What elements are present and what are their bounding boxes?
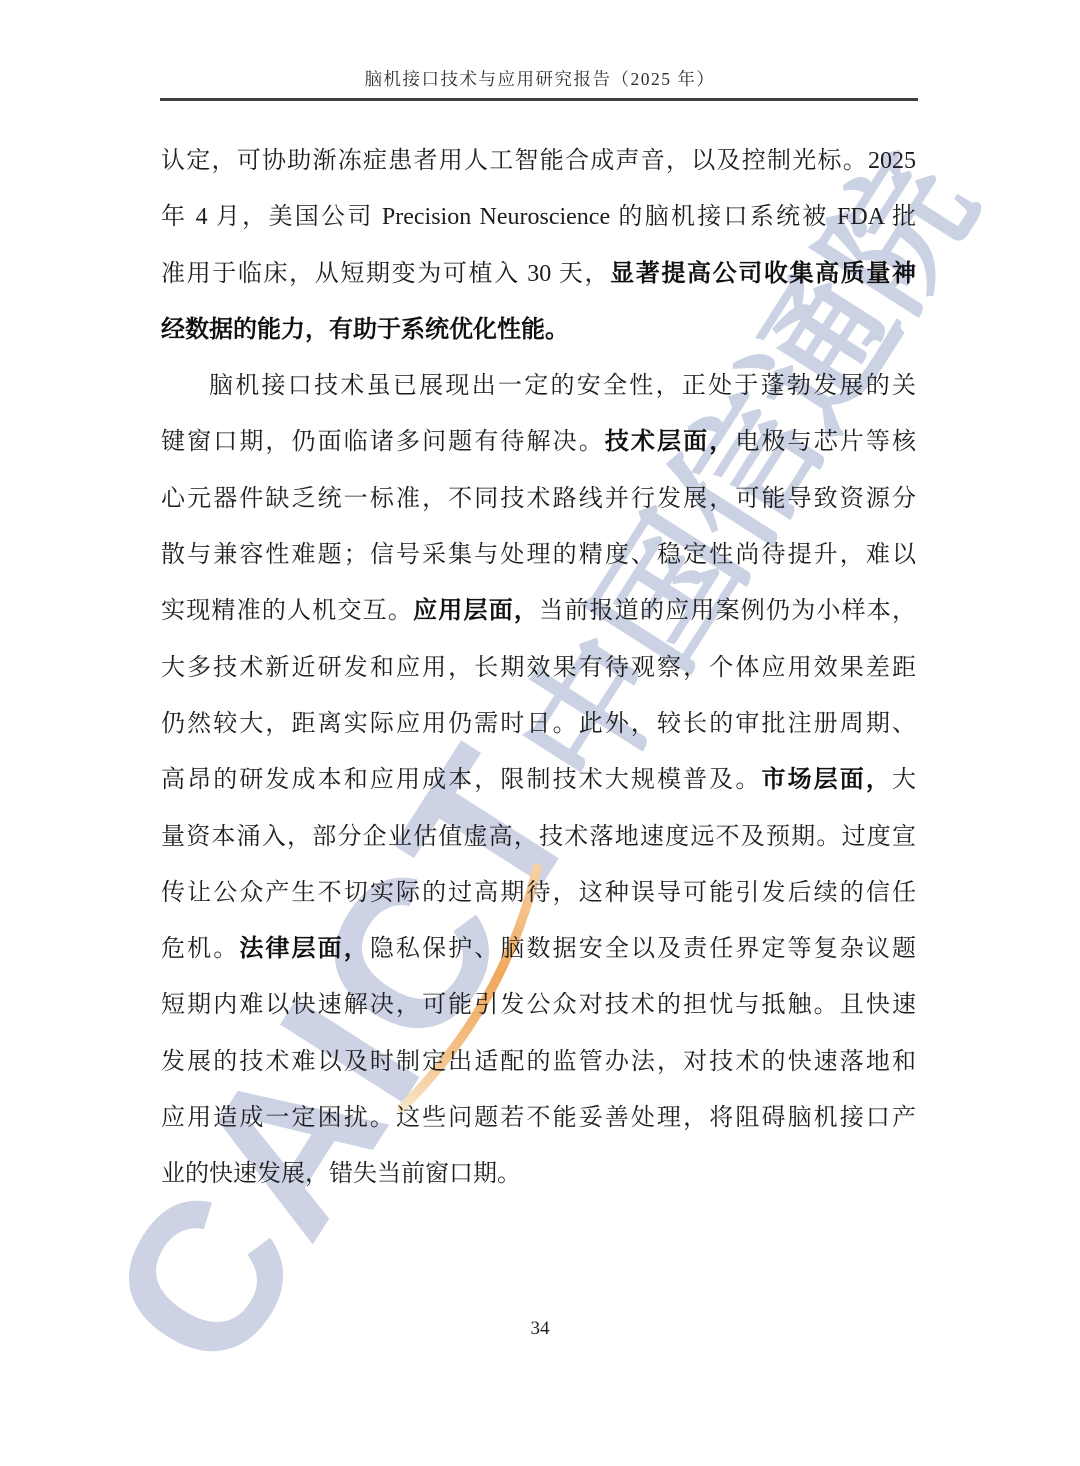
text-segment: 隐私保护、脑数据安全以及责任界定等复杂议题 — [370, 936, 916, 962]
text-segment: 脑机接口技术虽已展现出一定的安全性，正处于蓬勃发展的关 — [209, 373, 916, 399]
text-segment: 大多技术新近研发和应用，长期效果有待观察，个体应用效果差距 — [161, 655, 916, 681]
header-rule — [160, 98, 918, 101]
text-line: 脑机接口技术虽已展现出一定的安全性，正处于蓬勃发展的关 — [161, 358, 916, 414]
bold-text-segment: 显著提高公司收集高质量神 — [610, 260, 916, 287]
text-segment: 量资本涌入，部分企业估值虚高，技术落地速度远不及预期。过度宣 — [161, 824, 916, 850]
text-segment: 发展的技术难以及时制定出适配的监管办法，对技术的快速落地和 — [161, 1049, 916, 1075]
text-segment: 认定，可协助渐冻症患者用人工智能合成声音，以及控制光标。2025 — [161, 148, 916, 174]
text-line: 短期内难以快速解决，可能引发公众对技术的担忧与抵触。且快速 — [161, 977, 916, 1033]
text-line: 认定，可协助渐冻症患者用人工智能合成声音，以及控制光标。2025 — [161, 133, 916, 189]
text-line: 大多技术新近研发和应用，长期效果有待观察，个体应用效果差距 — [161, 640, 916, 696]
text-line: 准用于临床，从短期变为可植入 30 天，显著提高公司收集高质量神 — [161, 246, 916, 302]
bold-text-segment: 技术层面， — [605, 428, 736, 455]
text-segment: 应用造成一定困扰。这些问题若不能妥善处理，将阻碍脑机接口产 — [161, 1105, 916, 1131]
text-segment: 实现精准的人机交互。 — [161, 598, 413, 624]
text-segment: 电极与芯片等核 — [735, 429, 916, 455]
text-line: 传让公众产生不切实际的过高期待，这种误导可能引发后续的信任 — [161, 865, 916, 921]
text-line: 心元器件缺乏统一标准，不同技术路线并行发展，可能导致资源分 — [161, 471, 916, 527]
text-segment: 危机。 — [161, 936, 239, 962]
text-segment: 键窗口期，仍面临诸多问题有待解决。 — [161, 429, 605, 455]
text-segment: 大 — [892, 767, 916, 793]
text-segment: 年 4 月，美国公司 Precision Neuroscience 的脑机接口系… — [161, 204, 916, 230]
text-line: 实现精准的人机交互。应用层面，当前报道的应用案例仍为小样本， — [161, 583, 916, 639]
text-line: 键窗口期，仍面临诸多问题有待解决。技术层面，电极与芯片等核 — [161, 414, 916, 470]
text-line: 量资本涌入，部分企业估值虚高，技术落地速度远不及预期。过度宣 — [161, 809, 916, 865]
text-segment: 高昂的研发成本和应用成本，限制技术大规模普及。 — [161, 767, 761, 793]
text-segment: 传让公众产生不切实际的过高期待，这种误导可能引发后续的信任 — [161, 880, 916, 906]
text-line: 发展的技术难以及时制定出适配的监管办法，对技术的快速落地和 — [161, 1034, 916, 1090]
bold-text-segment: 应用层面， — [413, 597, 539, 624]
text-segment: 仍然较大，距离实际应用仍需时日。此外，较长的审批注册周期、 — [161, 711, 916, 737]
text-line: 仍然较大，距离实际应用仍需时日。此外，较长的审批注册周期、 — [161, 696, 916, 752]
page-header-title: 脑机接口技术与应用研究报告（2025 年） — [0, 66, 1080, 91]
text-line: 散与兼容性难题；信号采集与处理的精度、稳定性尚待提升，难以 — [161, 527, 916, 583]
text-segment: 准用于临床，从短期变为可植入 30 天， — [161, 261, 610, 287]
bold-text-segment: 法律层面， — [239, 935, 370, 962]
text-line: 高昂的研发成本和应用成本，限制技术大规模普及。市场层面，大 — [161, 752, 916, 808]
text-segment: 当前报道的应用案例仍为小样本， — [539, 598, 916, 624]
bold-text-segment: 经数据的能力，有助于系统优化性能。 — [161, 316, 569, 343]
text-line: 经数据的能力，有助于系统优化性能。 — [161, 302, 916, 358]
text-line: 应用造成一定困扰。这些问题若不能妥善处理，将阻碍脑机接口产 — [161, 1090, 916, 1146]
text-line: 危机。法律层面，隐私保护、脑数据安全以及责任界定等复杂议题 — [161, 921, 916, 977]
text-segment: 散与兼容性难题；信号采集与处理的精度、稳定性尚待提升，难以 — [161, 542, 916, 568]
page-number: 34 — [0, 1318, 1080, 1340]
text-segment: 业的快速发展，错失当前窗口期。 — [161, 1161, 521, 1187]
text-line: 年 4 月，美国公司 Precision Neuroscience 的脑机接口系… — [161, 189, 916, 245]
text-segment: 短期内难以快速解决，可能引发公众对技术的担忧与抵触。且快速 — [161, 992, 916, 1018]
bold-text-segment: 市场层面， — [761, 766, 892, 793]
text-line: 业的快速发展，错失当前窗口期。 — [161, 1146, 916, 1202]
document-body: 认定，可协助渐冻症患者用人工智能合成声音，以及控制光标。2025年 4 月，美国… — [161, 133, 916, 1203]
text-segment: 心元器件缺乏统一标准，不同技术路线并行发展，可能导致资源分 — [161, 486, 916, 512]
